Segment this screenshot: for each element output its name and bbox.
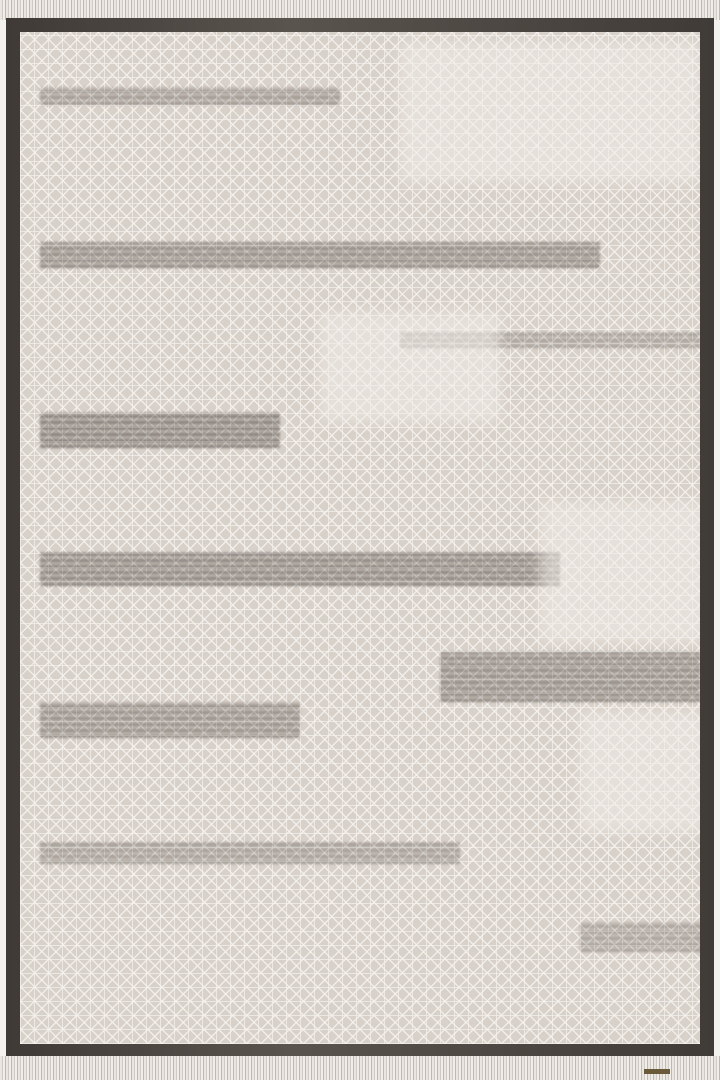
worn-stripe bbox=[440, 652, 700, 702]
rug-field bbox=[20, 32, 700, 1044]
worn-stripe bbox=[40, 552, 560, 586]
faded-area bbox=[400, 42, 700, 182]
worn-stripe bbox=[40, 242, 600, 268]
top-fringe bbox=[0, 0, 720, 20]
worn-stripe bbox=[40, 412, 280, 448]
worn-stripe bbox=[40, 842, 460, 864]
rug bbox=[6, 18, 714, 1058]
faded-area bbox=[580, 712, 700, 832]
bottom-fringe bbox=[0, 1056, 720, 1080]
worn-stripe bbox=[580, 922, 700, 952]
faded-area bbox=[540, 502, 700, 642]
faded-area bbox=[320, 312, 500, 422]
brand-label bbox=[644, 1069, 670, 1074]
worn-stripe bbox=[40, 702, 300, 738]
worn-stripe bbox=[40, 87, 340, 105]
